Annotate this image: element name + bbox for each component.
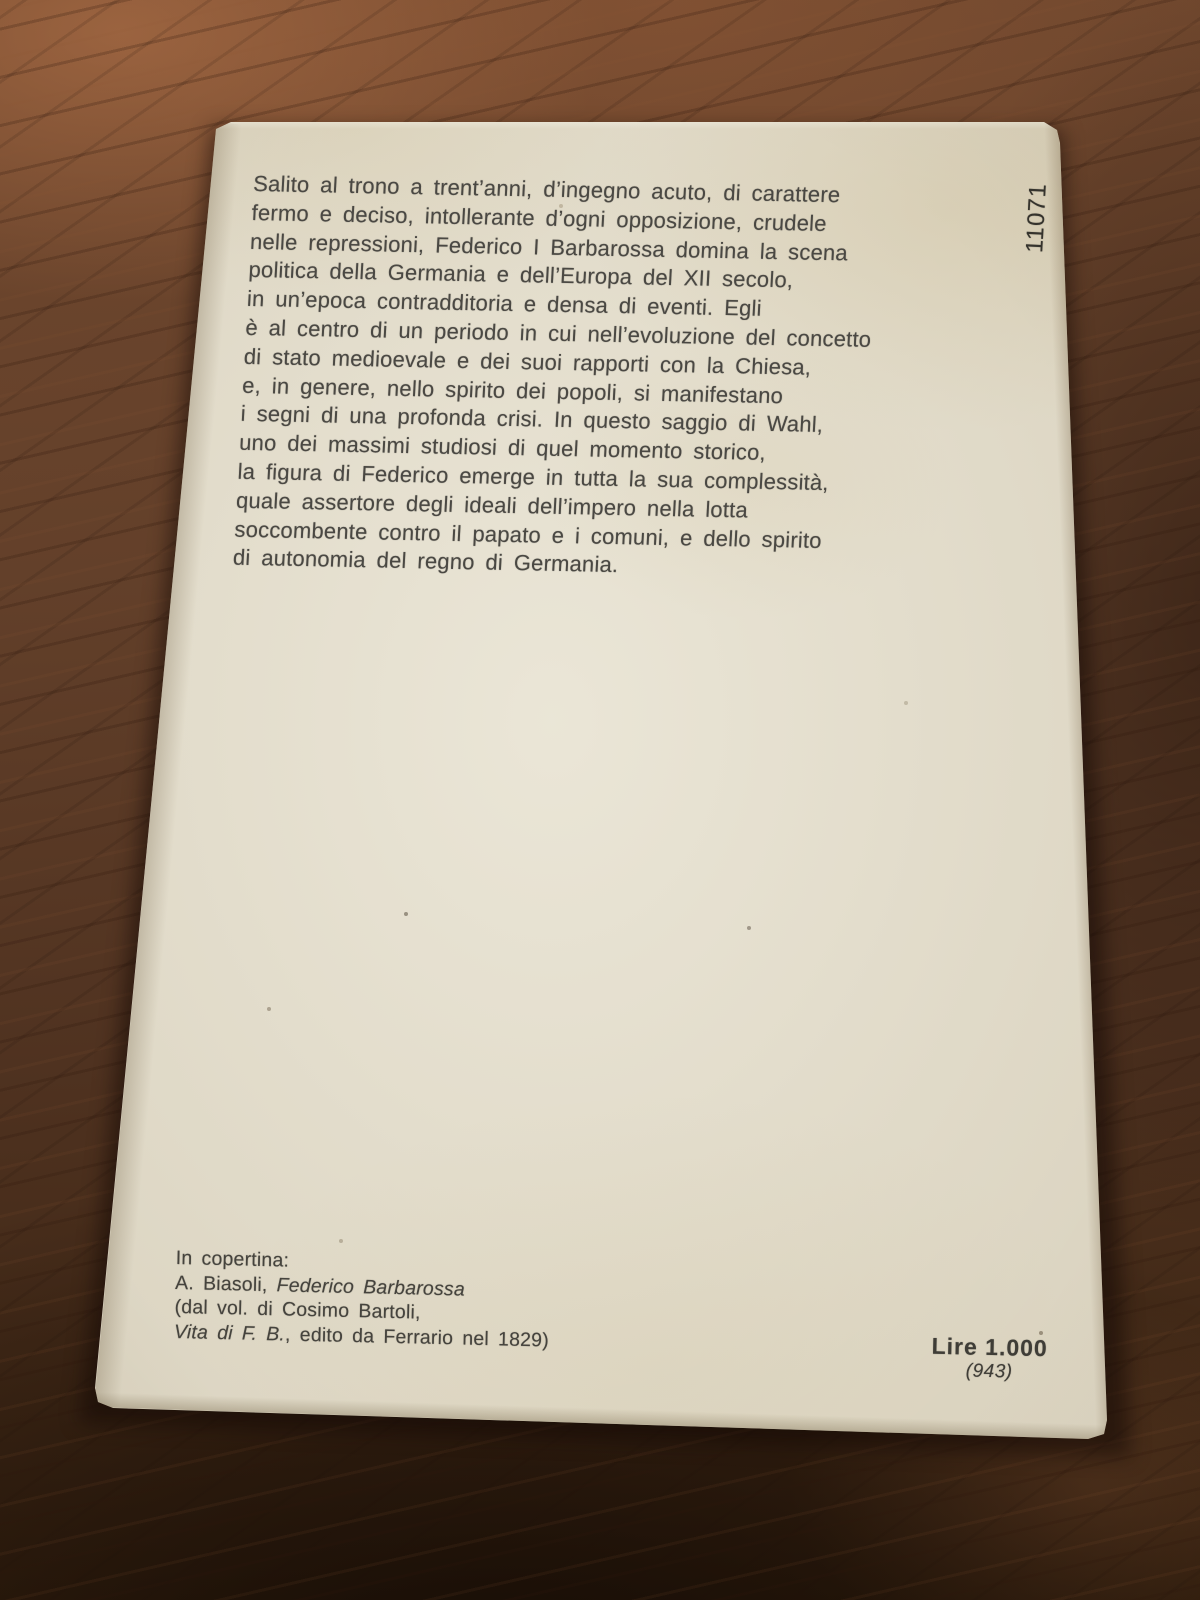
credit-volume-title: Vita di F. B. bbox=[174, 1321, 286, 1346]
credit-source-line: (dal vol. di Cosimo Bartoli, bbox=[174, 1296, 421, 1324]
catalog-number: 11071 bbox=[1020, 171, 1055, 264]
photo-scene: Salito al trono a trent’anni, d’ingegno … bbox=[0, 0, 1200, 1600]
credit-publisher-line: , edito da Ferrario nel 1829) bbox=[285, 1323, 549, 1351]
credit-artwork-title: Federico Barbarossa bbox=[276, 1274, 465, 1300]
price-label: Lire 1.000 bbox=[919, 1333, 1060, 1362]
back-cover-blurb: Salito al trono a trent’anni, d’ingegno … bbox=[232, 170, 994, 587]
price-code: (943) bbox=[919, 1359, 1059, 1386]
credit-artist: A. Biasoli, bbox=[175, 1272, 277, 1296]
cover-top-edge-highlight bbox=[217, 122, 1058, 129]
price-block: Lire 1.000 (943) bbox=[919, 1333, 1060, 1386]
credit-line1: In copertina: bbox=[175, 1247, 289, 1272]
cover-credit: In copertina: A. Biasoli, Federico Barba… bbox=[174, 1246, 736, 1357]
